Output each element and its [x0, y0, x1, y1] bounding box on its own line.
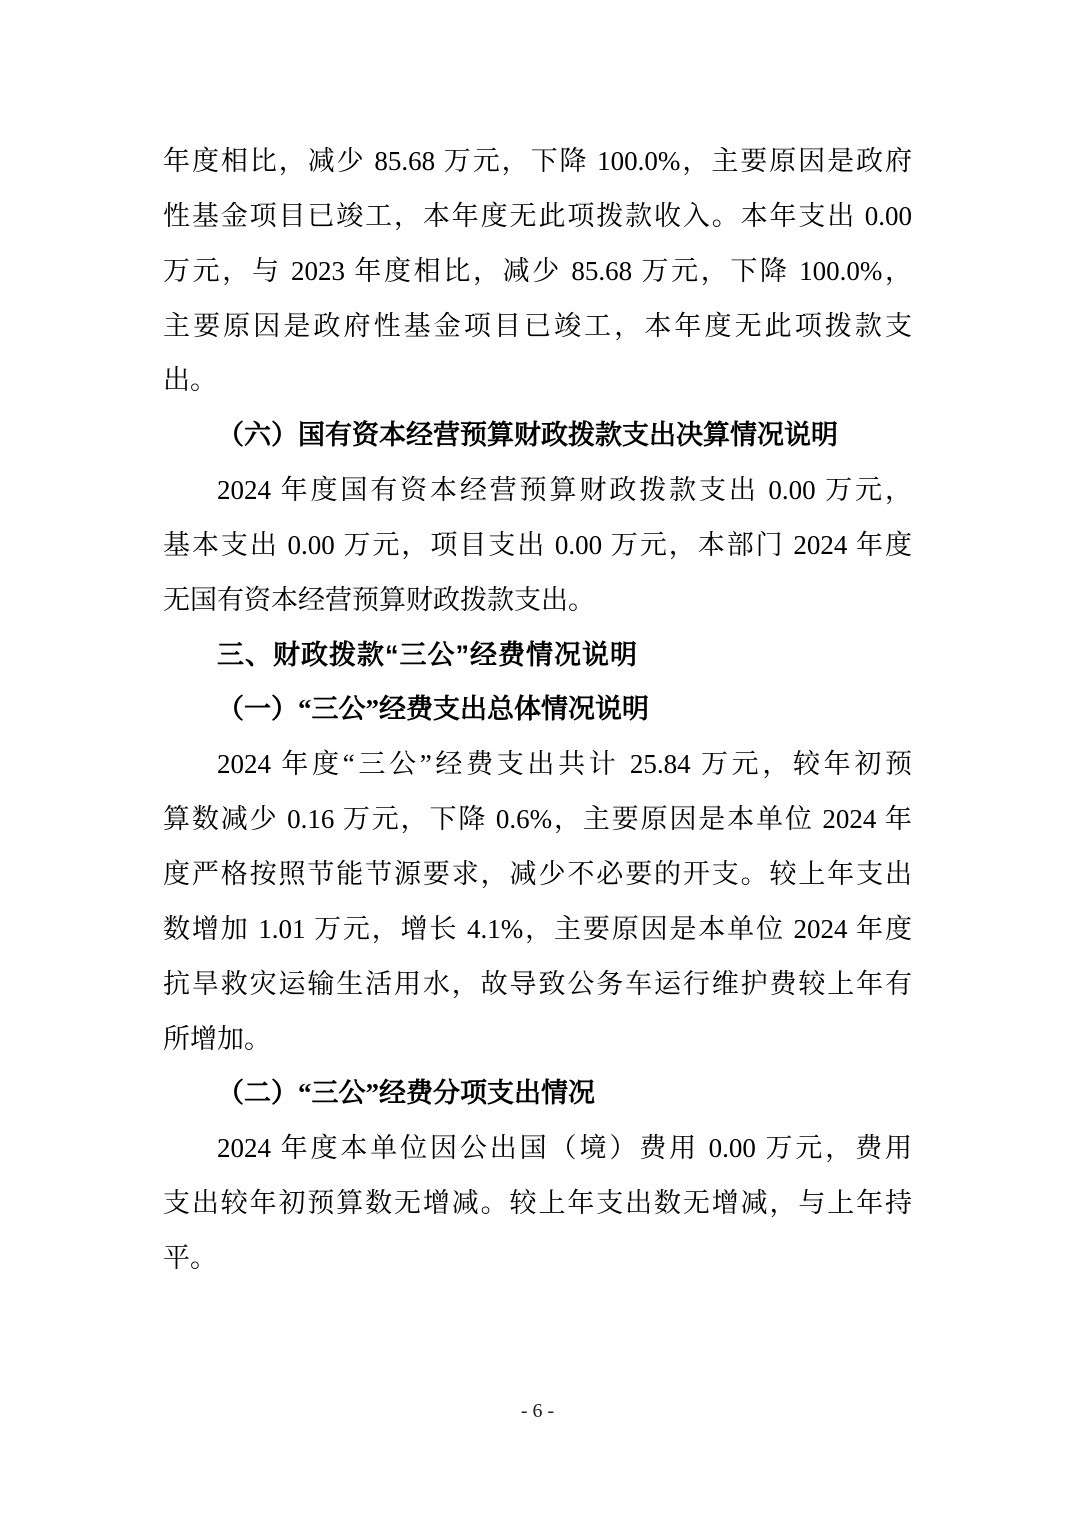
paragraph-line: 2024 年度国有资本经营预算财政拨款支出 0.00 万元，: [163, 463, 912, 518]
paragraph-line: 年度相比，减少 85.68 万元，下降 100.0%，主要原因是政府: [163, 134, 912, 189]
paragraph-line: 平。: [163, 1231, 912, 1286]
heading-section-six: （六）国有资本经营预算财政拨款支出决算情况说明: [163, 408, 912, 463]
paragraph-line: 性基金项目已竣工，本年度无此项拨款收入。本年支出 0.00: [163, 189, 912, 244]
paragraph-line: 无国有资本经营预算财政拨款支出。: [163, 573, 912, 628]
document-page: 年度相比，减少 85.68 万元，下降 100.0%，主要原因是政府 性基金项目…: [0, 0, 1075, 1520]
paragraph-line: 算数减少 0.16 万元，下降 0.6%，主要原因是本单位 2024 年: [163, 792, 912, 847]
document-body: 年度相比，减少 85.68 万元，下降 100.0%，主要原因是政府 性基金项目…: [163, 134, 912, 1286]
paragraph-line: 度严格按照节能节源要求，减少不必要的开支。较上年支出: [163, 847, 912, 902]
paragraph-line: 2024 年度本单位因公出国（境）费用 0.00 万元，费用: [163, 1121, 912, 1176]
heading-three-two: （二）“三公”经费分项支出情况: [163, 1066, 912, 1121]
paragraph-line: 数增加 1.01 万元，增长 4.1%，主要原因是本单位 2024 年度: [163, 902, 912, 957]
paragraph-line: 基本支出 0.00 万元，项目支出 0.00 万元，本部门 2024 年度: [163, 518, 912, 573]
paragraph-line: 支出较年初预算数无增减。较上年支出数无增减，与上年持: [163, 1176, 912, 1231]
paragraph-line: 2024 年度“三公”经费支出共计 25.84 万元，较年初预: [163, 737, 912, 792]
heading-three-one: （一）“三公”经费支出总体情况说明: [163, 682, 912, 737]
paragraph-line: 出。: [163, 353, 912, 408]
paragraph-line: 抗旱救灾运输生活用水，故导致公务车运行维护费较上年有: [163, 957, 912, 1012]
paragraph-line: 万元，与 2023 年度相比，减少 85.68 万元，下降 100.0%，: [163, 244, 912, 299]
page-number: - 6 -: [0, 1400, 1075, 1423]
paragraph-line: 所增加。: [163, 1012, 912, 1067]
paragraph-line: 主要原因是政府性基金项目已竣工，本年度无此项拨款支: [163, 299, 912, 354]
heading-part-three: 三、财政拨款“三公”经费情况说明: [163, 628, 912, 683]
